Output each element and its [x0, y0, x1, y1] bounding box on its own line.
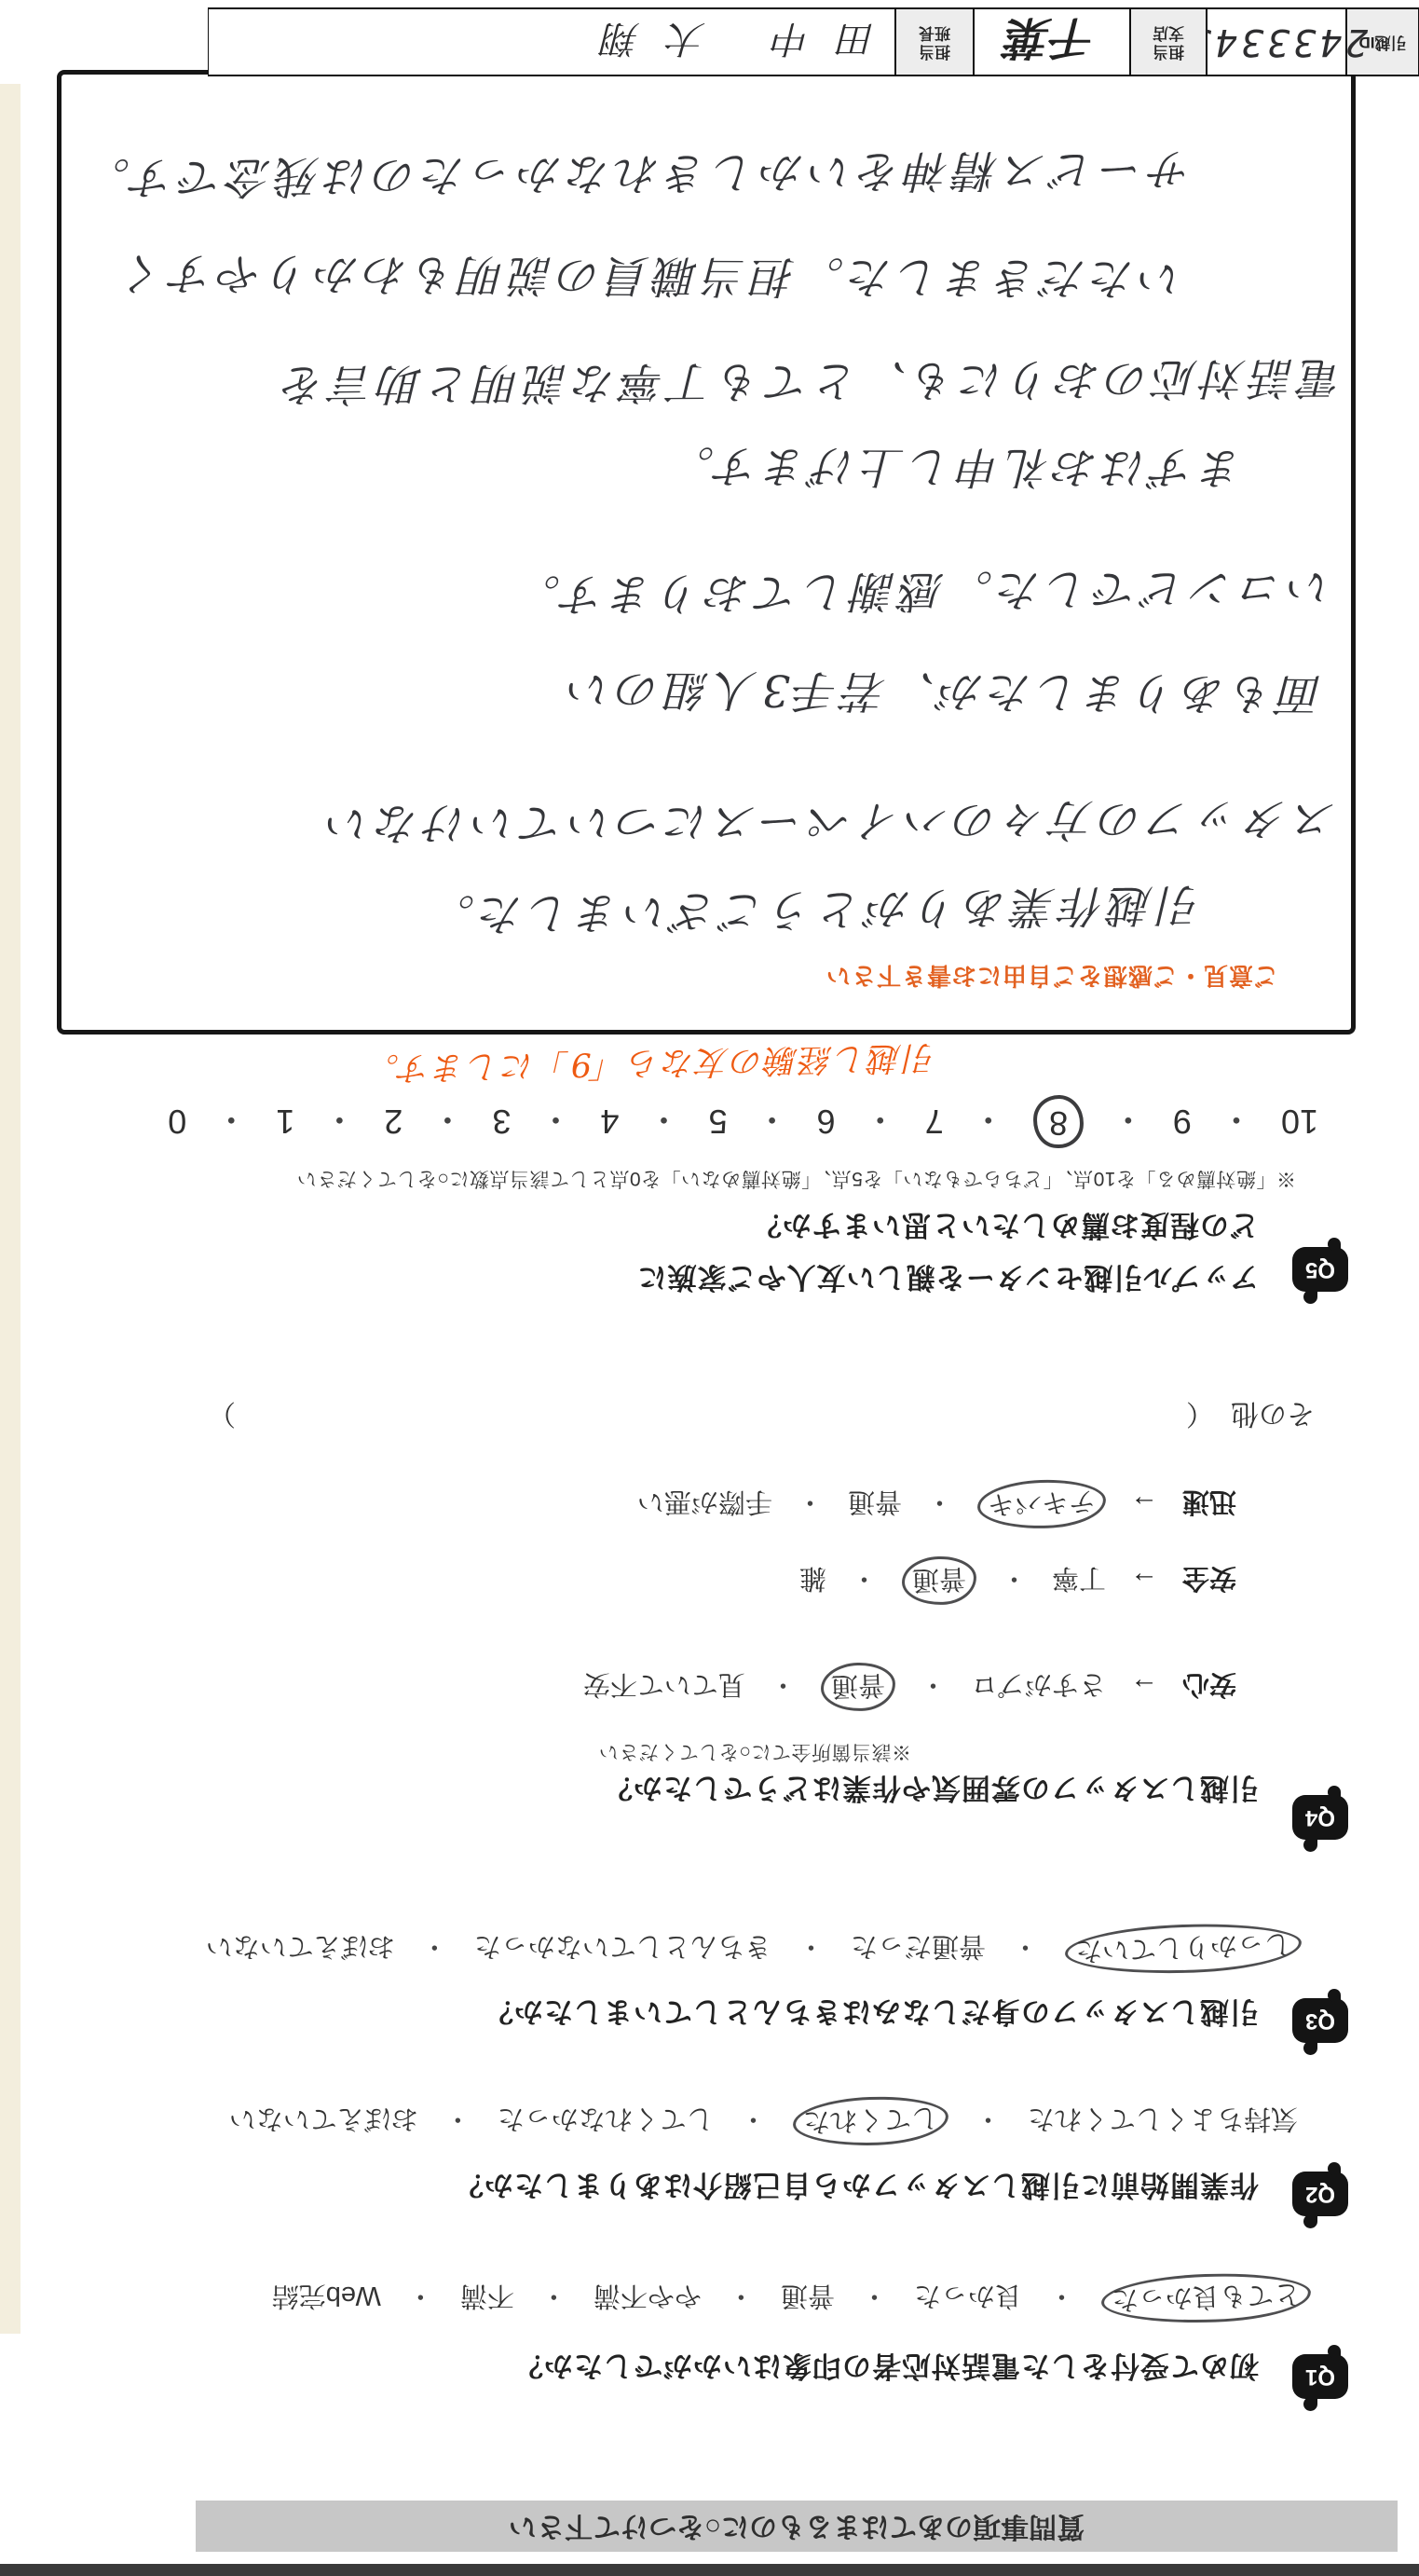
q2-option: 気持ちよくしてくれた: [1028, 2103, 1298, 2141]
q4-option-circled: テキパキ: [976, 1478, 1107, 1531]
q1-option: やや不満: [594, 2280, 702, 2318]
paper-edge: [0, 84, 20, 2334]
arrow-right-icon: →: [1130, 1565, 1158, 1596]
q2-title: 作業開始前に引越しスタッフから自己紹介はありましたか？: [454, 2167, 1259, 2209]
instruction-bar: 質問事項のあてはまるものに○をつけて下さい: [196, 2501, 1398, 2552]
q1-badge: Q1: [1292, 2354, 1348, 2399]
separator-dot: ・: [972, 1098, 1005, 1145]
separator-dot: ・: [861, 2280, 888, 2318]
q4-option: 普通: [848, 1486, 902, 1524]
q3-option: 普通だった: [851, 1930, 986, 1968]
separator-dot: ・: [1012, 1930, 1039, 1968]
q4-other-label: その他: [1231, 1396, 1315, 1437]
q3-title: 引越しスタッフの身だしなみはきちんとしていましたか？: [484, 1994, 1259, 2035]
scan-edge: [0, 2564, 1419, 2576]
q5-title-line2: どの程度お薦めしたいと思いますか？: [752, 1207, 1259, 1249]
q1-option-circled: とても良かった: [1100, 2270, 1312, 2326]
separator-dot: ・: [540, 2280, 567, 2318]
team-leader-handwriting: 田中 大翔: [209, 16, 894, 69]
branch-value: 千葉: [974, 7, 1130, 76]
branch-handwriting: 千葉: [1007, 10, 1097, 75]
separator-dot: ・: [728, 2280, 755, 2318]
q4-option: 丁寧: [1052, 1562, 1106, 1600]
team-leader-value: 田中 大翔: [208, 7, 895, 76]
scale-7: 7: [925, 1103, 944, 1142]
q4-option: 手際が悪い: [637, 1486, 772, 1524]
q4-row-anzen: 安全 → 丁寧 ・ 普通 ・ 雑: [799, 1556, 1236, 1605]
scale-1: 1: [276, 1103, 294, 1142]
q3-option: おぼえていない: [206, 1930, 395, 1968]
q2-option: おぼえていない: [229, 2103, 418, 2141]
separator-dot: ・: [798, 1930, 825, 1968]
q3-option-circled: しっかりしていた: [1064, 1921, 1303, 1978]
team-leader-label: 担当 班長: [895, 7, 974, 76]
q2-badge-label: Q2: [1305, 2181, 1335, 2207]
handwritten-line: 引越作業ありがとうございました。: [427, 876, 1203, 950]
q4-badge: Q4: [1292, 1795, 1348, 1840]
q4-row-jinsoku: 迅速 → テキパキ ・ 普通 ・ 手際が悪い: [637, 1480, 1236, 1528]
q1-option: 不満: [460, 2280, 514, 2318]
q2-options: 気持ちよくしてくれた ・ してくれた ・ してくれなかった ・ おぼえていない: [229, 2097, 1298, 2145]
q2-badge: Q2: [1292, 2172, 1348, 2216]
q3-options: しっかりしていた ・ 普通だった ・ きちんとしていなかった ・ おぼえていない: [206, 1925, 1302, 1973]
q3-badge: Q3: [1292, 1998, 1348, 2043]
q4-option: 見ていて不安: [583, 1668, 745, 1706]
q4-option-circled: 普通: [820, 1662, 896, 1713]
q4-title: 引越しスタッフの雰囲気や作業はどうでしたか？: [603, 1770, 1259, 1812]
handwritten-line: スタッフの方々のハイペースについていけない: [322, 790, 1337, 858]
scale-10: 10: [1281, 1103, 1318, 1142]
separator-dot: ・: [430, 1098, 464, 1145]
q1-option: 普通: [781, 2280, 835, 2318]
separator-dot: ・: [322, 1098, 356, 1145]
separator-dot: ・: [648, 1098, 681, 1145]
q4-row-label: 安心: [1182, 1668, 1236, 1706]
scale-0: 0: [168, 1103, 186, 1142]
q4-option: 雑: [799, 1562, 826, 1600]
separator-dot: ・: [740, 2103, 767, 2141]
q5-badge: Q5: [1292, 1247, 1348, 1292]
separator-dot: ・: [864, 1098, 897, 1145]
separator-dot: ・: [1112, 1098, 1145, 1145]
comment-box: ご意見・ご感想をご自由にお書き下さい 引越作業ありがとうございました。 スタッフ…: [57, 70, 1356, 1035]
handwritten-score-annotation: 引越し経験の友なら「9」にします。: [364, 1036, 936, 1095]
q2-option-circled: してくれた: [792, 2094, 949, 2148]
scale-9: 9: [1173, 1103, 1192, 1142]
separator-dot: ・: [1048, 2280, 1075, 2318]
q4-row-anshin: 安心 → さすがプロ ・ 普通 ・ 見ていて不安: [583, 1663, 1236, 1711]
q1-option: 良かった: [914, 2280, 1022, 2318]
q3-option: きちんとしていなかった: [474, 1930, 771, 1968]
q4-other-row: その他 （ ）: [208, 1396, 1315, 1437]
separator-dot: ・: [421, 1930, 448, 1968]
scale-8-circled: 8: [1032, 1094, 1085, 1149]
q1-options: とても良かった ・ 良かった ・ 普通 ・ やや不満 ・ 不満 ・ Web完結: [272, 2274, 1311, 2323]
separator-dot: ・: [407, 2280, 434, 2318]
q4-badge-label: Q4: [1305, 1804, 1335, 1830]
q1-badge-label: Q1: [1305, 2364, 1335, 2390]
handwritten-line: 面もありましたが、若手3人組のい: [564, 661, 1323, 729]
separator-dot: ・: [797, 1486, 824, 1524]
arrow-right-icon: →: [1130, 1488, 1158, 1520]
separator-dot: ・: [444, 2103, 471, 2141]
q4-row-label: 安全: [1182, 1562, 1236, 1600]
scale-5: 5: [709, 1103, 728, 1142]
q5-badge-label: Q5: [1305, 1256, 1335, 1282]
survey-document-rotated-180: 質問事項のあてはまるものに○をつけて下さい Q1 初めて受付をした電話対応者の印…: [0, 0, 1419, 2576]
separator-dot: ・: [920, 1668, 947, 1706]
scanned-survey-sheet: 質問事項のあてはまるものに○をつけて下さい Q1 初めて受付をした電話対応者の印…: [0, 0, 1419, 2576]
moving-id-handwriting: 2433343: [1185, 21, 1369, 63]
q5-title-line1: アップル引越センターを親しい友人やご家族に: [637, 1259, 1259, 1301]
separator-dot: ・: [926, 1486, 953, 1524]
q3-badge-label: Q3: [1305, 2007, 1335, 2034]
scale-4: 4: [600, 1103, 619, 1142]
footer-id-strip: 引越ID 2433343 担当 支店 千葉 担当 班長 田中 大翔: [208, 7, 1419, 76]
q4-option: さすがプロ: [971, 1668, 1106, 1706]
comment-box-header: ご意見・ご感想をご自由にお書き下さい: [825, 960, 1278, 994]
handwritten-line: まずはお礼申し上げます。: [666, 438, 1244, 502]
q1-title: 初めて受付をした電話対応者の印象はいかがでしたか？: [513, 2348, 1259, 2390]
moving-id-value: 2433343: [1207, 7, 1346, 76]
separator-dot: ・: [756, 1098, 789, 1145]
handwritten-line: いただきました。担当職員の説明もわかりやすく: [117, 245, 1183, 313]
branch-label: 担当 支店: [1130, 7, 1207, 76]
separator-dot: ・: [1220, 1098, 1253, 1145]
q4-row-label: 迅速: [1182, 1486, 1236, 1524]
handwritten-line: サービス精神をいかしきれなかったのは残念です。: [81, 141, 1193, 212]
scale-3: 3: [492, 1103, 511, 1142]
paren-close: ）: [208, 1396, 236, 1437]
handwritten-line: 電話対応のおりにも、とても丁寧な説明と助言を: [278, 349, 1344, 419]
separator-dot: ・: [770, 1668, 797, 1706]
separator-dot: ・: [1001, 1562, 1028, 1600]
handwritten-line: いコンビでした。感謝しております。: [512, 558, 1332, 629]
separator-dot: ・: [975, 2103, 1002, 2141]
q1-option: Web完結: [272, 2280, 381, 2318]
separator-dot: ・: [214, 1098, 248, 1145]
scale-6: 6: [817, 1103, 836, 1142]
q4-option-circled: 普通: [901, 1555, 977, 1607]
q5-scale: 10 ・ 9 ・ 8 ・ 7 ・ 6 ・ 5 ・ 4 ・ 3 ・ 2 ・ 1 ・…: [168, 1095, 1318, 1148]
q4-note: ※該当箇所全てに○をしてください: [598, 1739, 911, 1767]
separator-dot: ・: [539, 1098, 572, 1145]
separator-dot: ・: [851, 1562, 878, 1600]
arrow-right-icon: →: [1130, 1671, 1158, 1703]
q5-note: ※「絶対薦める」を10点、「どちらでもない」を5点、「絶対薦めない」を0点として…: [296, 1166, 1296, 1194]
q2-option: してくれなかった: [498, 2103, 714, 2141]
paren-open: （: [1186, 1396, 1214, 1437]
scale-2: 2: [384, 1103, 403, 1142]
